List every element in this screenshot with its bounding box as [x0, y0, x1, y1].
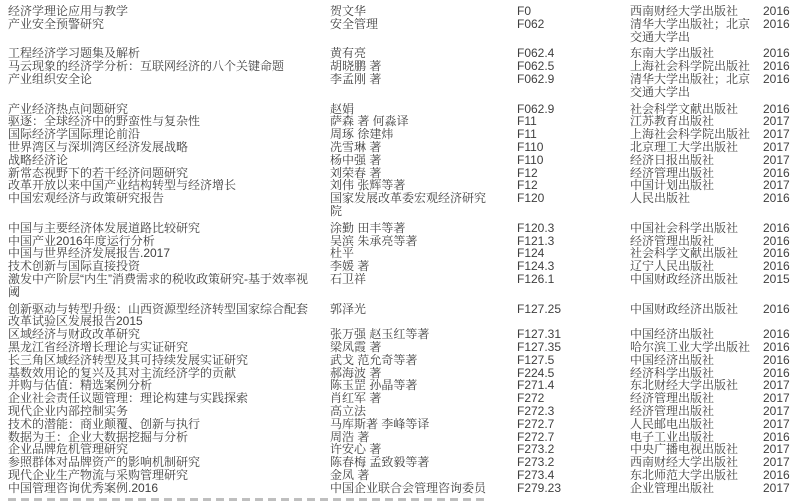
cell-year: 2016 [763, 167, 798, 180]
cell-call-number: F0 [517, 5, 617, 18]
cell-author: 国家发展改革委宏观经济研究院 [330, 192, 490, 218]
table-row: 马云现象的经济学分析：互联网经济的八个关键命题胡晓鹏 著F062.5上海社会科学… [0, 60, 798, 73]
cell-year: 2017 [763, 392, 798, 405]
cell-title: 改革开放以来中国产业结构转型与经济增长 [8, 179, 314, 192]
cell-author: 梁凤霞 著 [330, 341, 490, 354]
catalog-group: 创新驱动与转型升级：山西资源型经济转型国家综合配套改革试验区发展报告2015郭泽… [0, 303, 798, 495]
table-row: 世界湾区与深圳湾区经济发展战略冼雪琳 著F110北京理工大学出版社2017 [0, 141, 798, 154]
cell-title: 基数效用论的复兴及其对主流经济学的贡献 [8, 367, 314, 380]
cell-year: 2016 [763, 73, 798, 86]
cell-publisher: 人民出版社 [630, 192, 756, 205]
cell-year: 2016 [763, 469, 798, 482]
cell-publisher: 电子工业出版社 [630, 431, 756, 444]
cell-publisher: 哈尔滨工业大学出版社 [630, 341, 756, 354]
cell-author: 陈玉罡 孙晶等著 [330, 379, 490, 392]
cell-author: 赵娟 [330, 103, 490, 116]
cell-year: 2017 [763, 115, 798, 128]
cell-publisher: 上海社会科学院出版社 [630, 60, 756, 73]
cell-title: 企业品牌危机管理研究 [8, 443, 314, 456]
table-row: 驱逐：全球经济中的野蛮性与复杂性萨森 著 何淼译F11江苏教育出版社2017 [0, 115, 798, 128]
cell-title: 现代企业内部控制实务 [8, 405, 314, 418]
cell-author: 高立法 [330, 405, 490, 418]
cell-publisher: 清华大学出版社；北京交通大学出 [630, 73, 756, 99]
cell-call-number: F272.7 [517, 431, 617, 444]
cell-title: 技术创新与国际直接投资 [8, 260, 314, 273]
cell-publisher: 辽宁人民出版社 [630, 260, 756, 273]
table-row: 现代企业内部控制实务高立法F272.3经济管理出版社2017 [0, 405, 798, 418]
cell-call-number: F124.3 [517, 260, 617, 273]
cell-title: 激发中产阶层“内生”消费需求的税收政策研究-基于效率视阈 [8, 273, 314, 299]
cell-author: 周琢 徐建炜 [330, 128, 490, 141]
cell-title: 经济学理论应用与教学 [8, 5, 314, 18]
cell-author: 吴滨 朱承亮等著 [330, 235, 490, 248]
cell-author: 杜平 [330, 247, 490, 260]
table-row: 中国产业2016年度运行分析吴滨 朱承亮等著F121.3经济管理出版社2016 [0, 235, 798, 248]
cell-author: 许安心 著 [330, 443, 490, 456]
cell-title: 长三角区域经济转型及其可持续发展实证研究 [8, 354, 314, 367]
table-row: 企业品牌危机管理研究许安心 著F273.2中央广播电视出版社2017 [0, 443, 798, 456]
cell-publisher: 中国财政经济出版社 [630, 303, 756, 316]
cell-call-number: F224.5 [517, 367, 617, 380]
cell-call-number: F272.3 [517, 405, 617, 418]
cell-year: 2016 [763, 60, 798, 73]
cell-year: 2016 [763, 303, 798, 316]
table-row: 产业组织安全论李孟刚 著F062.9清华大学出版社；北京交通大学出2016 [0, 73, 798, 99]
cell-title: 世界湾区与深圳湾区经济发展战略 [8, 141, 314, 154]
cell-title: 产业组织安全论 [8, 73, 314, 86]
cell-author: 刘伟 张辉等著 [330, 179, 490, 192]
cell-title: 参照群体对品牌资产的影响机制研究 [8, 456, 314, 469]
cell-call-number: F062.5 [517, 60, 617, 73]
table-row: 激发中产阶层“内生”消费需求的税收政策研究-基于效率视阈石卫祥F126.1中国财… [0, 273, 798, 299]
cell-title: 产业安全预警研究 [8, 18, 314, 31]
table-row: 数据为王：企业大数据挖掘与分析周浩 著F272.7电子工业出版社2016 [0, 431, 798, 444]
cell-author: 周浩 著 [330, 431, 490, 444]
table-row: 中国与世界经济发展报告.2017杜平F124社会科学文献出版社2016 [0, 247, 798, 260]
cell-author: 贺文华 [330, 5, 490, 18]
cell-title: 国际经济学国际理论前沿 [8, 128, 314, 141]
cell-call-number: F127.25 [517, 303, 617, 316]
cell-author: 张万强 赵玉红等著 [330, 328, 490, 341]
cell-title: 驱逐：全球经济中的野蛮性与复杂性 [8, 115, 314, 128]
cell-call-number: F124 [517, 247, 617, 260]
table-row: 产业经济热点问题研究赵娟F062.9社会科学文献出版社2016 [0, 103, 798, 116]
cell-title: 中国管理咨询优秀案例.2016 [8, 482, 314, 495]
cell-call-number: F272 [517, 392, 617, 405]
cell-publisher: 江苏教育出版社 [630, 115, 756, 128]
cell-call-number: F062 [517, 18, 617, 31]
cell-author: 郭泽光 [330, 303, 490, 316]
cell-title: 马云现象的经济学分析：互联网经济的八个关键命题 [8, 60, 314, 73]
cell-publisher: 中国经济出版社 [630, 328, 756, 341]
cell-year: 2016 [763, 222, 798, 235]
table-row: 技术的潜能：商业颠覆、创新与执行马库斯著 李峰等译F272.7人民邮电出版社20… [0, 418, 798, 431]
cell-title: 中国与世界经济发展报告.2017 [8, 247, 314, 260]
cell-publisher: 经济科学出版社 [630, 367, 756, 380]
cell-call-number: F272.7 [517, 418, 617, 431]
cell-call-number: F279.23 [517, 482, 617, 495]
cell-year: 2016 [763, 328, 798, 341]
cell-publisher: 企业管理出版社 [630, 482, 756, 495]
cell-title: 并购与估值：精选案例分析 [8, 379, 314, 392]
cell-author: 李孟刚 著 [330, 73, 490, 86]
cell-author: 郝海波 著 [330, 367, 490, 380]
cell-publisher: 经济日报出版社 [630, 154, 756, 167]
book-catalog-table: 经济学理论应用与教学贺文华F0西南财经大学出版社2016产业安全预警研究安全管理… [0, 5, 798, 494]
cell-year: 2016 [763, 103, 798, 116]
table-row: 长三角区域经济转型及其可持续发展实证研究武戈 范允奇等著F127.5中国经济出版… [0, 354, 798, 367]
cell-title: 中国产业2016年度运行分析 [8, 235, 314, 248]
cell-year: 2017 [763, 179, 798, 192]
cell-title: 黑龙江省经济增长理论与实证研究 [8, 341, 314, 354]
cell-call-number: F126.1 [517, 273, 617, 286]
cell-call-number: F110 [517, 154, 617, 167]
cell-title: 数据为王：企业大数据挖掘与分析 [8, 431, 314, 444]
cell-publisher: 中国财政经济出版社 [630, 273, 756, 286]
cell-publisher: 西南财经大学出版社 [630, 456, 756, 469]
cell-year: 2016 [763, 354, 798, 367]
cell-author: 萨森 著 何淼译 [330, 115, 490, 128]
table-row: 区域经济与财政改革研究张万强 赵玉红等著F127.31中国经济出版社2016 [0, 328, 798, 341]
cell-call-number: F110 [517, 141, 617, 154]
cell-author: 中国企业联合会管理咨询委员 [330, 482, 490, 495]
cell-call-number: F062.4 [517, 47, 617, 60]
cell-title: 新常态视野下的若干经济问题研究 [8, 167, 314, 180]
cell-publisher: 经济管理出版社 [630, 235, 756, 248]
table-row: 创新驱动与转型升级：山西资源型经济转型国家综合配套改革试验区发展报告2015郭泽… [0, 303, 798, 329]
cell-publisher: 经济管理出版社 [630, 392, 756, 405]
cell-publisher: 东北财经大学出版社 [630, 379, 756, 392]
table-row: 战略经济论杨中强 著F110经济日报出版社2017 [0, 154, 798, 167]
table-row: 基数效用论的复兴及其对主流经济学的贡献郝海波 著F224.5经济科学出版社201… [0, 367, 798, 380]
cell-publisher: 中国经济出版社 [630, 354, 756, 367]
cell-publisher: 中国计划出版社 [630, 179, 756, 192]
cell-publisher: 经济管理出版社 [630, 167, 756, 180]
cell-year: 2016 [763, 260, 798, 273]
cell-year: 2016 [763, 247, 798, 260]
cell-year: 2016 [763, 18, 798, 31]
cell-year: 2017 [763, 379, 798, 392]
cell-title: 区域经济与财政改革研究 [8, 328, 314, 341]
table-row: 并购与估值：精选案例分析陈玉罡 孙晶等著F271.4东北财经大学出版社2017 [0, 379, 798, 392]
cell-title: 工程经济学习题集及解析 [8, 47, 314, 60]
catalog-group: 经济学理论应用与教学贺文华F0西南财经大学出版社2016产业安全预警研究安全管理… [0, 5, 798, 43]
table-row: 中国与主要经济体发展道路比较研究涂勤 田丰等著F120.3中国社会科学出版社20… [0, 222, 798, 235]
cell-author: 陈春梅 孟致毅等著 [330, 456, 490, 469]
table-row: 黑龙江省经济增长理论与实证研究梁凤霞 著F127.35哈尔滨工业大学出版社201… [0, 341, 798, 354]
cell-title: 中国与主要经济体发展道路比较研究 [8, 222, 314, 235]
cell-call-number: F121.3 [517, 235, 617, 248]
table-row: 中国宏观经济与政策研究报告国家发展改革委宏观经济研究院F120人民出版社2016 [0, 192, 798, 218]
cell-author: 刘荣春 著 [330, 167, 490, 180]
cell-title: 现代企业生产物流与采购管理研究 [8, 469, 314, 482]
cell-year: 2017 [763, 128, 798, 141]
cell-title: 技术的潜能：商业颠覆、创新与执行 [8, 418, 314, 431]
table-row: 企业社会责任议题管理：理论构建与实践探索肖红军 著F272经济管理出版社2017 [0, 392, 798, 405]
cell-publisher: 社会科学文献出版社 [630, 247, 756, 260]
table-row: 工程经济学习题集及解析黄有亮F062.4东南大学出版社2016 [0, 47, 798, 60]
cell-author: 武戈 范允奇等著 [330, 354, 490, 367]
cell-call-number: F273.4 [517, 469, 617, 482]
cell-publisher: 上海社会科学院出版社 [630, 128, 756, 141]
cell-publisher: 东南大学出版社 [630, 47, 756, 60]
cell-year: 2016 [763, 5, 798, 18]
cell-author: 马库斯著 李峰等译 [330, 418, 490, 431]
table-row: 现代企业生产物流与采购管理研究金凤 著F273.4东北师范大学出版社2016 [0, 469, 798, 482]
cell-call-number: F062.9 [517, 103, 617, 116]
cell-publisher: 人民邮电出版社 [630, 418, 756, 431]
cell-author: 肖红军 著 [330, 392, 490, 405]
cell-publisher: 北京理工大学出版社 [630, 141, 756, 154]
cell-author: 安全管理 [330, 18, 490, 31]
cell-year: 2017 [763, 141, 798, 154]
table-row: 中国管理咨询优秀案例.2016中国企业联合会管理咨询委员F279.23企业管理出… [0, 482, 798, 495]
cell-year: 2016 [763, 341, 798, 354]
cell-year: 2017 [763, 443, 798, 456]
cell-call-number: F12 [517, 179, 617, 192]
cell-year: 2017 [763, 418, 798, 431]
cell-title: 战略经济论 [8, 154, 314, 167]
catalog-group: 产业经济热点问题研究赵娟F062.9社会科学文献出版社2016驱逐：全球经济中的… [0, 103, 798, 218]
cell-call-number: F11 [517, 128, 617, 141]
table-row: 技术创新与国际直接投资李媛 著F124.3辽宁人民出版社2016 [0, 260, 798, 273]
cell-call-number: F120 [517, 192, 617, 205]
catalog-group: 中国与主要经济体发展道路比较研究涂勤 田丰等著F120.3中国社会科学出版社20… [0, 222, 798, 299]
cell-year: 2016 [763, 367, 798, 380]
table-row: 国际经济学国际理论前沿周琢 徐建炜F11上海社会科学院出版社2017 [0, 128, 798, 141]
book-catalog-page: 经济学理论应用与教学贺文华F0西南财经大学出版社2016产业安全预警研究安全管理… [0, 0, 798, 501]
cell-publisher: 社会科学文献出版社 [630, 103, 756, 116]
cell-publisher: 经济管理出版社 [630, 405, 756, 418]
cell-year: 2017 [763, 482, 798, 495]
cell-call-number: F273.2 [517, 456, 617, 469]
cell-author: 杨中强 著 [330, 154, 490, 167]
cell-call-number: F11 [517, 115, 617, 128]
cell-call-number: F127.5 [517, 354, 617, 367]
cell-publisher: 东北师范大学出版社 [630, 469, 756, 482]
cell-publisher: 中央广播电视出版社 [630, 443, 756, 456]
clipped-next-row [8, 498, 486, 501]
cell-author: 冼雪琳 著 [330, 141, 490, 154]
cell-year: 2016 [763, 431, 798, 444]
cell-author: 石卫祥 [330, 273, 490, 286]
cell-author: 涂勤 田丰等著 [330, 222, 490, 235]
cell-title: 企业社会责任议题管理：理论构建与实践探索 [8, 392, 314, 405]
cell-year: 2015 [763, 273, 798, 286]
cell-author: 金凤 著 [330, 469, 490, 482]
catalog-group: 工程经济学习题集及解析黄有亮F062.4东南大学出版社2016马云现象的经济学分… [0, 47, 798, 98]
cell-call-number: F12 [517, 167, 617, 180]
cell-author: 李媛 著 [330, 260, 490, 273]
cell-year: 2016 [763, 47, 798, 60]
cell-call-number: F127.35 [517, 341, 617, 354]
cell-year: 2017 [763, 154, 798, 167]
cell-publisher: 清华大学出版社；北京交通大学出 [630, 18, 756, 44]
cell-publisher: 中国社会科学出版社 [630, 222, 756, 235]
cell-year: 2017 [763, 405, 798, 418]
table-row: 产业安全预警研究安全管理F062清华大学出版社；北京交通大学出2016 [0, 18, 798, 44]
cell-call-number: F120.3 [517, 222, 617, 235]
table-row: 经济学理论应用与教学贺文华F0西南财经大学出版社2016 [0, 5, 798, 18]
cell-call-number: F127.31 [517, 328, 617, 341]
cell-title: 中国宏观经济与政策研究报告 [8, 192, 314, 205]
cell-title: 产业经济热点问题研究 [8, 103, 314, 116]
cell-author: 黄有亮 [330, 47, 490, 60]
cell-year: 2016 [763, 235, 798, 248]
table-row: 参照群体对品牌资产的影响机制研究陈春梅 孟致毅等著F273.2西南财经大学出版社… [0, 456, 798, 469]
cell-publisher: 西南财经大学出版社 [630, 5, 756, 18]
cell-call-number: F062.9 [517, 73, 617, 86]
cell-author: 胡晓鹏 著 [330, 60, 490, 73]
cell-title: 创新驱动与转型升级：山西资源型经济转型国家综合配套改革试验区发展报告2015 [8, 303, 314, 329]
cell-call-number: F273.2 [517, 443, 617, 456]
table-row: 改革开放以来中国产业结构转型与经济增长刘伟 张辉等著F12中国计划出版社2017 [0, 179, 798, 192]
cell-year: 2016 [763, 192, 798, 205]
cell-year: 2017 [763, 456, 798, 469]
cell-call-number: F271.4 [517, 379, 617, 392]
table-row: 新常态视野下的若干经济问题研究刘荣春 著F12经济管理出版社2016 [0, 167, 798, 180]
